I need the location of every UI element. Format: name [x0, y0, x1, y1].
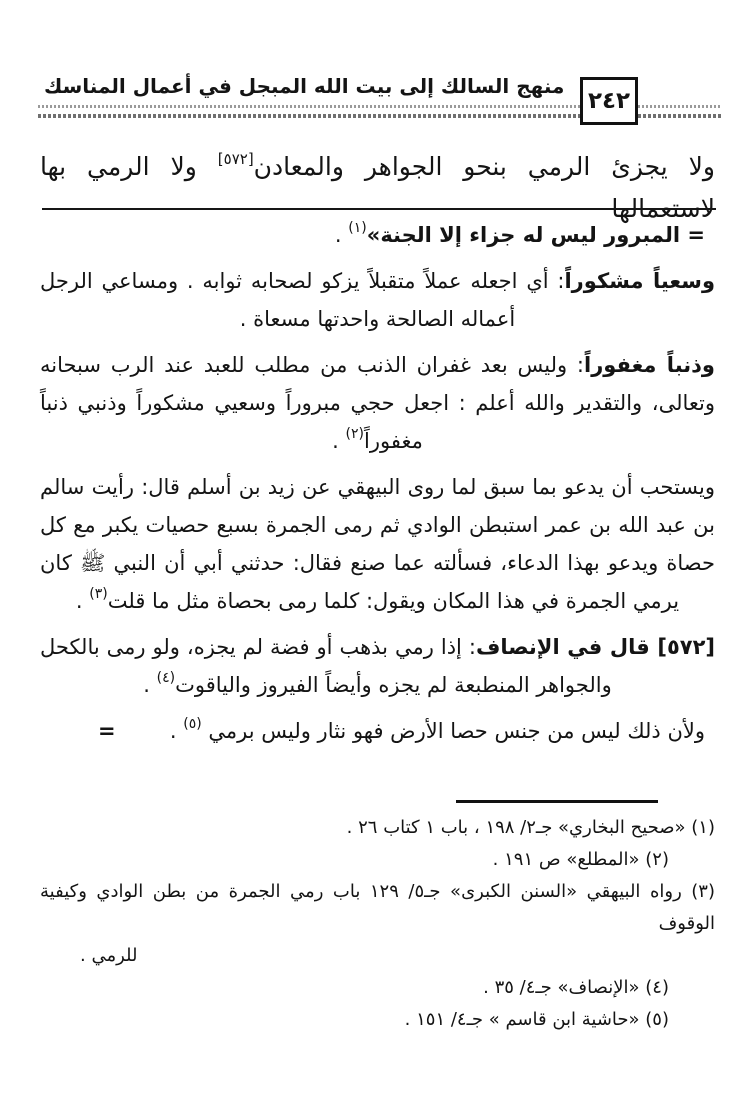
footnote-3-continuation-text: للرمي . — [80, 945, 137, 966]
footnote-5: (٥) «حاشية ابن قاسم » جـ٤/ ١٥١ . — [40, 1004, 715, 1036]
footnote-5-text: (٥) «حاشية ابن قاسم » جـ٤/ ١٥١ . — [405, 1009, 669, 1030]
paragraph-tail: . — [143, 673, 156, 697]
footnote-1-text: (١) «صحيح البخاري» جـ٢/ ١٩٨ ، باب ١ كتاب… — [347, 817, 715, 838]
footnote-3: (٣) رواه البيهقي «السنن الكبرى» جـ٥/ ١٢٩… — [40, 876, 715, 940]
page-number-box: ٢٤٢ — [580, 77, 638, 125]
footnote-3-text: (٣) رواه البيهقي «السنن الكبرى» جـ٥/ ١٢٩… — [40, 881, 715, 934]
hadith-continuation-line: = المبرور ليس له جزاء إلا الجنة»(١) . — [40, 216, 715, 254]
paragraph-lead: وسعياً مشكوراً — [564, 269, 715, 293]
continuation-body: ولأن ذلك ليس من جنس حصا الأرض فهو نثار و… — [202, 719, 705, 743]
footnote-2-text: (٢) «المطلع» ص ١٩١ . — [493, 849, 669, 870]
page-number: ٢٤٢ — [588, 88, 630, 114]
paragraph-dhanban-maghfuran: وذنباً مغفوراً: وليس بعد غفران الذنب من … — [40, 346, 715, 460]
footnote-ref-4: (٤) — [157, 670, 175, 686]
continuation-tail: . — [170, 719, 183, 743]
book-title: منهج السالك إلى بيت الله المبجل في أعمال… — [44, 74, 564, 98]
footnote-4: (٤) «الإنصاف» جـ٤/ ٣٥ . — [40, 972, 715, 1004]
footnote-ref-5: (٥) — [183, 716, 201, 732]
footnote-3-continuation: للرمي . — [40, 940, 715, 972]
footnote-4-text: (٤) «الإنصاف» جـ٤/ ٣٥ . — [483, 977, 669, 998]
paragraph-lead: وذنباً مغفوراً — [584, 353, 715, 377]
paragraph-insaf-note-572: [٥٧٢] قال في الإنصاف: إذا رمي بذهب أو فض… — [40, 628, 715, 704]
hadith-text: المبرور ليس له جزاء إلا الجنة» — [367, 223, 680, 247]
continuation-marker: = — [680, 223, 705, 247]
footnote-ref-2: (٢) — [346, 426, 364, 442]
paragraph-tail: . — [76, 589, 89, 613]
continuation-text: ولأن ذلك ليس من جنس حصا الأرض فهو نثار و… — [170, 712, 705, 750]
footnote-2: (٢) «المطلع» ص ١٩١ . — [40, 844, 715, 876]
footnote-ref-3: (٣) — [89, 586, 107, 602]
footnotes-block: (١) «صحيح البخاري» جـ٢/ ١٩٨ ، باب ١ كتاب… — [40, 812, 715, 1036]
matn-text: ولا يجزئ الرمي بنحو الجواهر والمعادن — [254, 152, 715, 181]
commentary-block: = المبرور ليس له جزاء إلا الجنة»(١) . وس… — [40, 216, 715, 758]
matn-ref-marker: [٥٧٢] — [218, 150, 254, 168]
paragraph-tail: . — [332, 429, 345, 453]
paragraph-text: : أي اجعله عملاً متقبلاً يزكو لصحابه ثوا… — [40, 269, 564, 331]
paragraph-text: ويستحب أن يدعو بما سبق لما روى البيهقي ع… — [40, 475, 715, 613]
continuation-marker-end: = — [98, 712, 116, 750]
hadith-tail: . — [335, 223, 348, 247]
paragraph-saayan-mashkuran: وسعياً مشكوراً: أي اجعله عملاً متقبلاً ي… — [40, 262, 715, 338]
footnote-separator — [456, 800, 658, 803]
matn-commentary-divider — [42, 208, 716, 210]
footnote-1: (١) «صحيح البخاري» جـ٢/ ١٩٨ ، باب ١ كتاب… — [40, 812, 715, 844]
book-page: { "header": { "book_title": "منهج السالك… — [0, 0, 755, 1107]
paragraph-yustahabb-dua: ويستحب أن يدعو بما سبق لما روى البيهقي ع… — [40, 468, 715, 620]
paragraph-lead: [٥٧٢] قال في الإنصاف — [476, 635, 715, 659]
footnote-ref-1: (١) — [348, 220, 366, 236]
paragraph-continuation-to-next-page: ولأن ذلك ليس من جنس حصا الأرض فهو نثار و… — [40, 712, 715, 750]
